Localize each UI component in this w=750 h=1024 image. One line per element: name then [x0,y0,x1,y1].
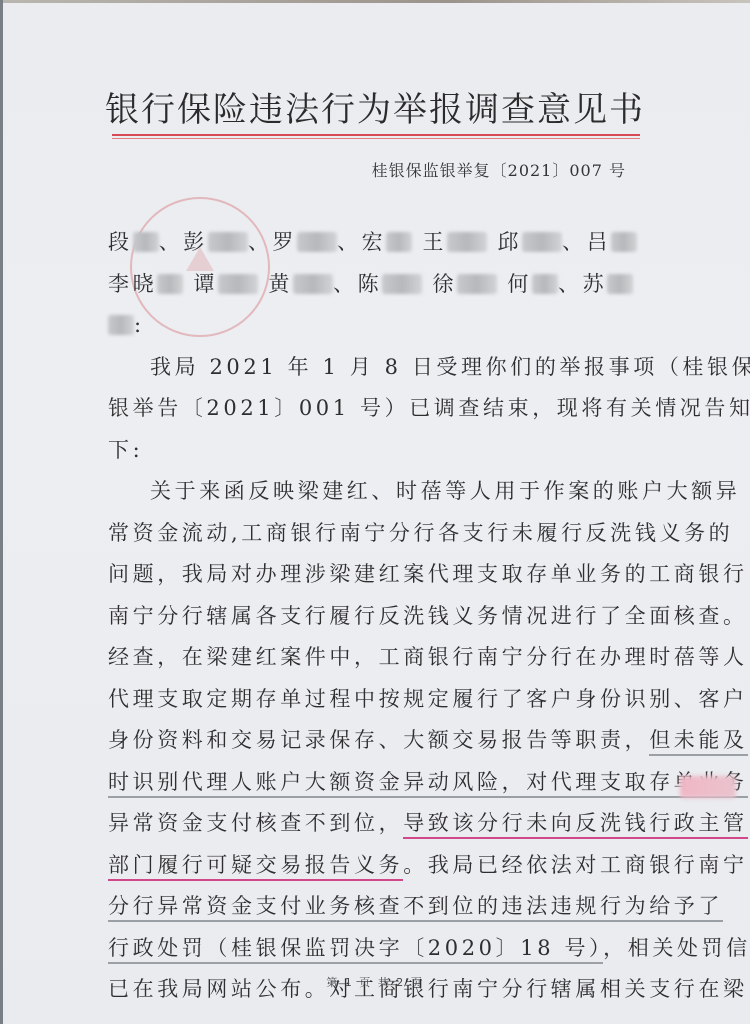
highlighted-text: 导致该分行未向反洗钱行政主管 [403,811,747,839]
paragraph2-line: 分行异常资金支付业务核查不到位的违法违规行为给予了 [108,886,638,928]
underlined-text: 分行异常资金支付业务核查不到位的违法违规行为给予了 [108,894,723,922]
underlined-text: 行政处罚（桂银保监罚决字〔2020〕18 号） [108,936,603,964]
paragraph2-line: 异常资金支付核查不到位，导致该分行未向反洗钱行政主管 [108,803,638,845]
underlined-text: 但未能及 [649,728,747,756]
paragraph2-line: 南宁分行辖属各支行履行反洗钱义务情况进行了全面核查。 [108,596,638,638]
redacted-name [133,232,159,252]
paragraph2-line: 身份资料和交易记录保存、大额交易报告等职责，但未能及 [108,720,638,762]
redacted-name [447,232,487,252]
redacted-name [293,274,333,294]
page-footer: 第 1 页 共 2 页 [0,974,750,990]
redacted-name [297,232,337,252]
paragraph2-line: 经查，在梁建红案件中，工商银行南宁分行在办理时蓓等人 [108,637,638,679]
paragraph1-line: 银举告〔2021〕001 号）已调查结束，现将有关情况告知如 [108,388,638,430]
redacted-name [218,274,258,294]
paragraph2-line: 关于来函反映梁建红、时蓓等人用于作案的账户大额异 [108,471,638,513]
redacted-name [611,232,637,252]
paragraph2-line: 代理支取定期存单过程中按规定履行了客户身份识别、客户 [108,679,638,721]
paragraph2-line: 问题，我局对办理涉梁建红案代理支取存单业务的工商银行 [108,554,638,596]
highlighted-text: 部门履行可疑交易报告义务 [108,853,403,881]
redacted-name [522,232,562,252]
paragraph1-line: 下: [108,430,638,472]
addressee-line-3: : [108,305,638,347]
paragraph1-line: 我局 2021 年 1 月 8 日受理你们的举报事项（桂银保监 [108,347,638,389]
paragraph2-line: 时识别代理人账户大额资金异动风险，对代理支取存单业务 [108,762,638,804]
document-page: 银行保险违法行为举报调查意见书 桂银保监银举复〔2021〕007 号 段、彭、罗… [0,0,750,1024]
document-title: 银行保险违法行为举报调查意见书 [0,82,750,131]
paragraph2-line: 行政处罚（桂银保监罚决字〔2020〕18 号），相关处罚信息 [108,928,638,970]
document-body: 段、彭、罗、宏 王 邱、吕 李晓 谭 黄、陈 徐 何、苏 : 我局 2021 年… [108,222,638,1011]
paragraph2-line: 常资金流动,工商银行南宁分行各支行未履行反洗钱义务的 [108,513,638,555]
page-left-edge [0,0,3,1024]
document-number: 桂银保监银举复〔2021〕007 号 [372,158,626,181]
redacted-name [382,274,422,294]
addressee-line-1: 段、彭、罗、宏 王 邱、吕 [108,222,638,264]
redacted-name [457,274,497,294]
redacted-name [208,232,248,252]
paragraph2-line: 部门履行可疑交易报告义务。我局已经依法对工商银行南宁 [108,845,638,887]
page-top-edge [0,0,750,3]
redacted-name [157,274,183,294]
title-red-rule-thin [112,138,640,139]
underlined-text: 时识别代理人账户大额资金异动风险，对代理支取存单业务 [108,770,748,798]
addressee-line-2: 李晓 谭 黄、陈 徐 何、苏 [108,264,638,306]
redacted-name [386,232,412,252]
redacted-name [108,315,134,335]
title-red-rule [112,134,640,136]
redacted-name [607,274,633,294]
redacted-handwritten-note [680,776,736,798]
redacted-name [532,274,558,294]
